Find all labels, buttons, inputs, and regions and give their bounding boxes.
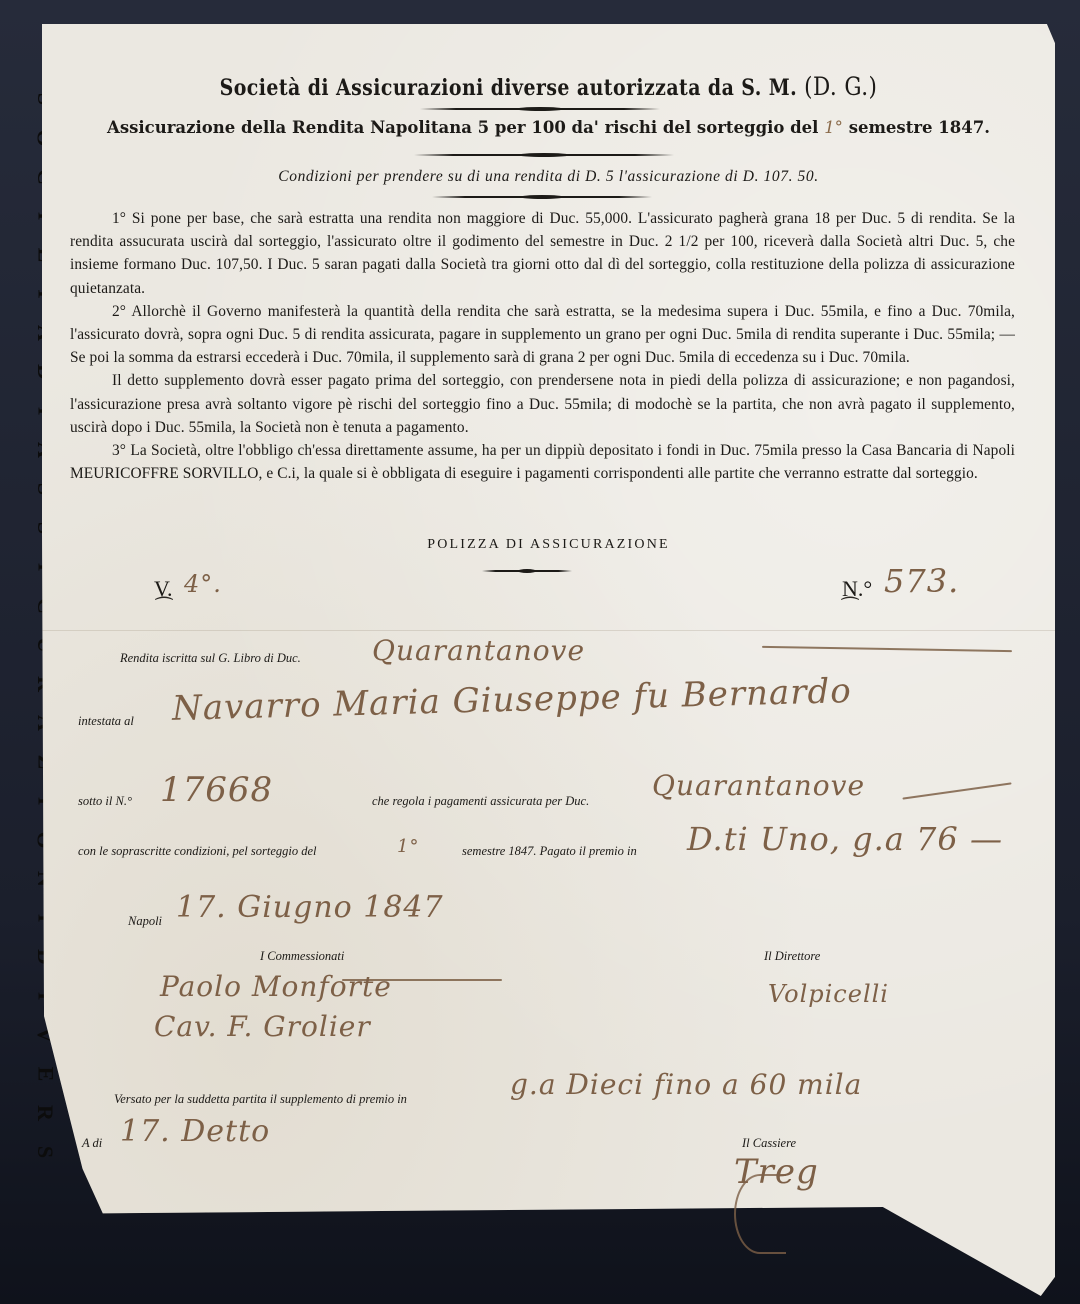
rendita-label: Rendita iscritta sul G. Libro di Duc.: [120, 651, 301, 666]
document-title: Società di Assicurazioni diverse autoriz…: [113, 72, 984, 101]
rendita-amount-handwritten: Quarantanove: [372, 634, 585, 667]
document-subtitle: Assicurazione della Rendita Napolitana 5…: [42, 118, 1055, 137]
company-name: Società di Assicurazioni diverse autoriz…: [220, 75, 797, 101]
volume-value: 4°.: [184, 570, 222, 598]
insurance-policy-document: Società di Assicurazioni diverse autoriz…: [42, 24, 1055, 1296]
handwritten-flourish: [902, 782, 1011, 799]
clause-2-supplement: Il detto supplemento dovrà esser pagato …: [70, 369, 1015, 439]
ornament-rule: [414, 154, 674, 156]
clause-1: 1° Si pone per base, che sarà estratta u…: [70, 207, 1015, 300]
cassiere-flourish: [734, 1174, 786, 1254]
issue-date-handwritten: 17. Giugno 1847: [176, 890, 444, 925]
semestre-premio-label: semestre 1847. Pagato il premio in: [462, 844, 637, 859]
conditions-clauses: 1° Si pone per base, che sarà estratta u…: [70, 207, 1015, 485]
direttore-label: Il Direttore: [764, 949, 820, 964]
condizioni-label: con le soprascritte condizioni, pel sort…: [78, 844, 317, 859]
policy-heading: POLIZZA DI ASSICURAZIONE: [42, 537, 1055, 553]
registry-number-handwritten: 17668: [160, 770, 273, 810]
signature-direttore: Volpicelli: [768, 980, 889, 1008]
ornament-rule: [432, 196, 652, 198]
ornament-rule: [420, 108, 660, 110]
place-label: Napoli: [128, 914, 162, 929]
supplement-date-handwritten: 17. Detto: [120, 1114, 270, 1149]
insured-amount-handwritten: Quarantanove: [652, 769, 865, 802]
regola-label: che regola i pagamenti assicurata per Du…: [372, 794, 589, 809]
title-suffix: (D. G.): [804, 72, 877, 101]
clause-3: 3° La Società, oltre l'obbligo ch'essa d…: [70, 439, 1015, 485]
sotto-label: sotto il N.°: [78, 794, 132, 809]
handwritten-flourish: [762, 646, 1012, 652]
subtitle-text: Assicurazione della Rendita Napolitana 5…: [107, 118, 818, 137]
policy-number-value: 573.: [884, 562, 959, 600]
versato-label: Versato per la suddetta partita il suppl…: [114, 1092, 407, 1107]
holder-name-handwritten: Navarro Maria Giuseppe fu Bernardo: [172, 671, 853, 729]
handwritten-semester: 1°: [824, 118, 843, 137]
supplement-paid-handwritten: g.a Dieci fino a 60 mila: [510, 1068, 862, 1101]
intestata-label: intestata al: [78, 714, 134, 729]
tilde-ornament: ⁀: [156, 596, 172, 620]
commissionati-label: I Commessionati: [260, 949, 344, 964]
clause-2: 2° Allorchè il Governo manifesterà la qu…: [70, 300, 1015, 370]
ornament-rule: [482, 570, 572, 572]
tilde-ornament: ⁀: [842, 596, 858, 620]
signature-commissionato-2: Cav. F. Grolier: [154, 1010, 371, 1043]
adi-label: A di: [82, 1136, 102, 1151]
subtitle-year: semestre 1847.: [849, 118, 990, 137]
semester-handwritten: 1°: [397, 836, 419, 857]
conditions-heading: Condizioni per prendere su di una rendit…: [42, 168, 1055, 186]
signature-commissionato-1: Paolo Monforte: [160, 970, 392, 1003]
cassiere-label: Il Cassiere: [742, 1136, 796, 1151]
premium-paid-handwritten: D.ti Uno, g.a 76 —: [687, 820, 1003, 858]
